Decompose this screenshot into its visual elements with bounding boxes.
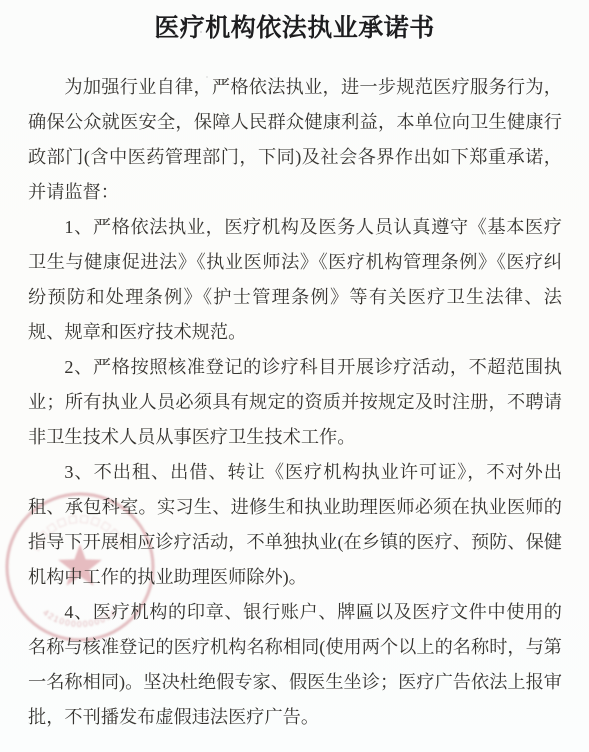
scan-noise-speck: [206, 76, 208, 78]
intro-paragraph: 为加强行业自律，严格依法执业，进一步规范医疗服务行为，确保公众就医安全，保障人民…: [28, 70, 562, 210]
commitment-item-2: 2、严格按照核准登记的诊疗科目开展诊疗活动，不超范围执业；所有执业人员必须具有规…: [28, 350, 562, 455]
document-title: 医疗机构依法执业承诺书: [0, 8, 589, 44]
scan-noise-speck: [200, 31, 202, 33]
commitment-item-3: 3、不出租、出借、转让《医疗机构执业许可证》，不对外出租、承包科室。实习生、进修…: [28, 455, 562, 595]
commitment-item-4: 4、医疗机构的印章、银行账户、牌匾以及医疗文件中使用的名称与核准登记的医疗机构名…: [28, 595, 562, 735]
scan-noise-speck: [274, 77, 276, 78]
commitment-item-1: 1、严格依法执业，医疗机构及医务人员认真遵守《基本医疗卫生与健康促进法》《执业医…: [28, 210, 562, 350]
document-page: □□□□□□□□□□ 4210000000054 医疗机构依法执业承诺书 为加强…: [0, 0, 589, 752]
document-body: 为加强行业自律，严格依法执业，进一步规范医疗服务行为，确保公众就医安全，保障人民…: [28, 70, 562, 735]
